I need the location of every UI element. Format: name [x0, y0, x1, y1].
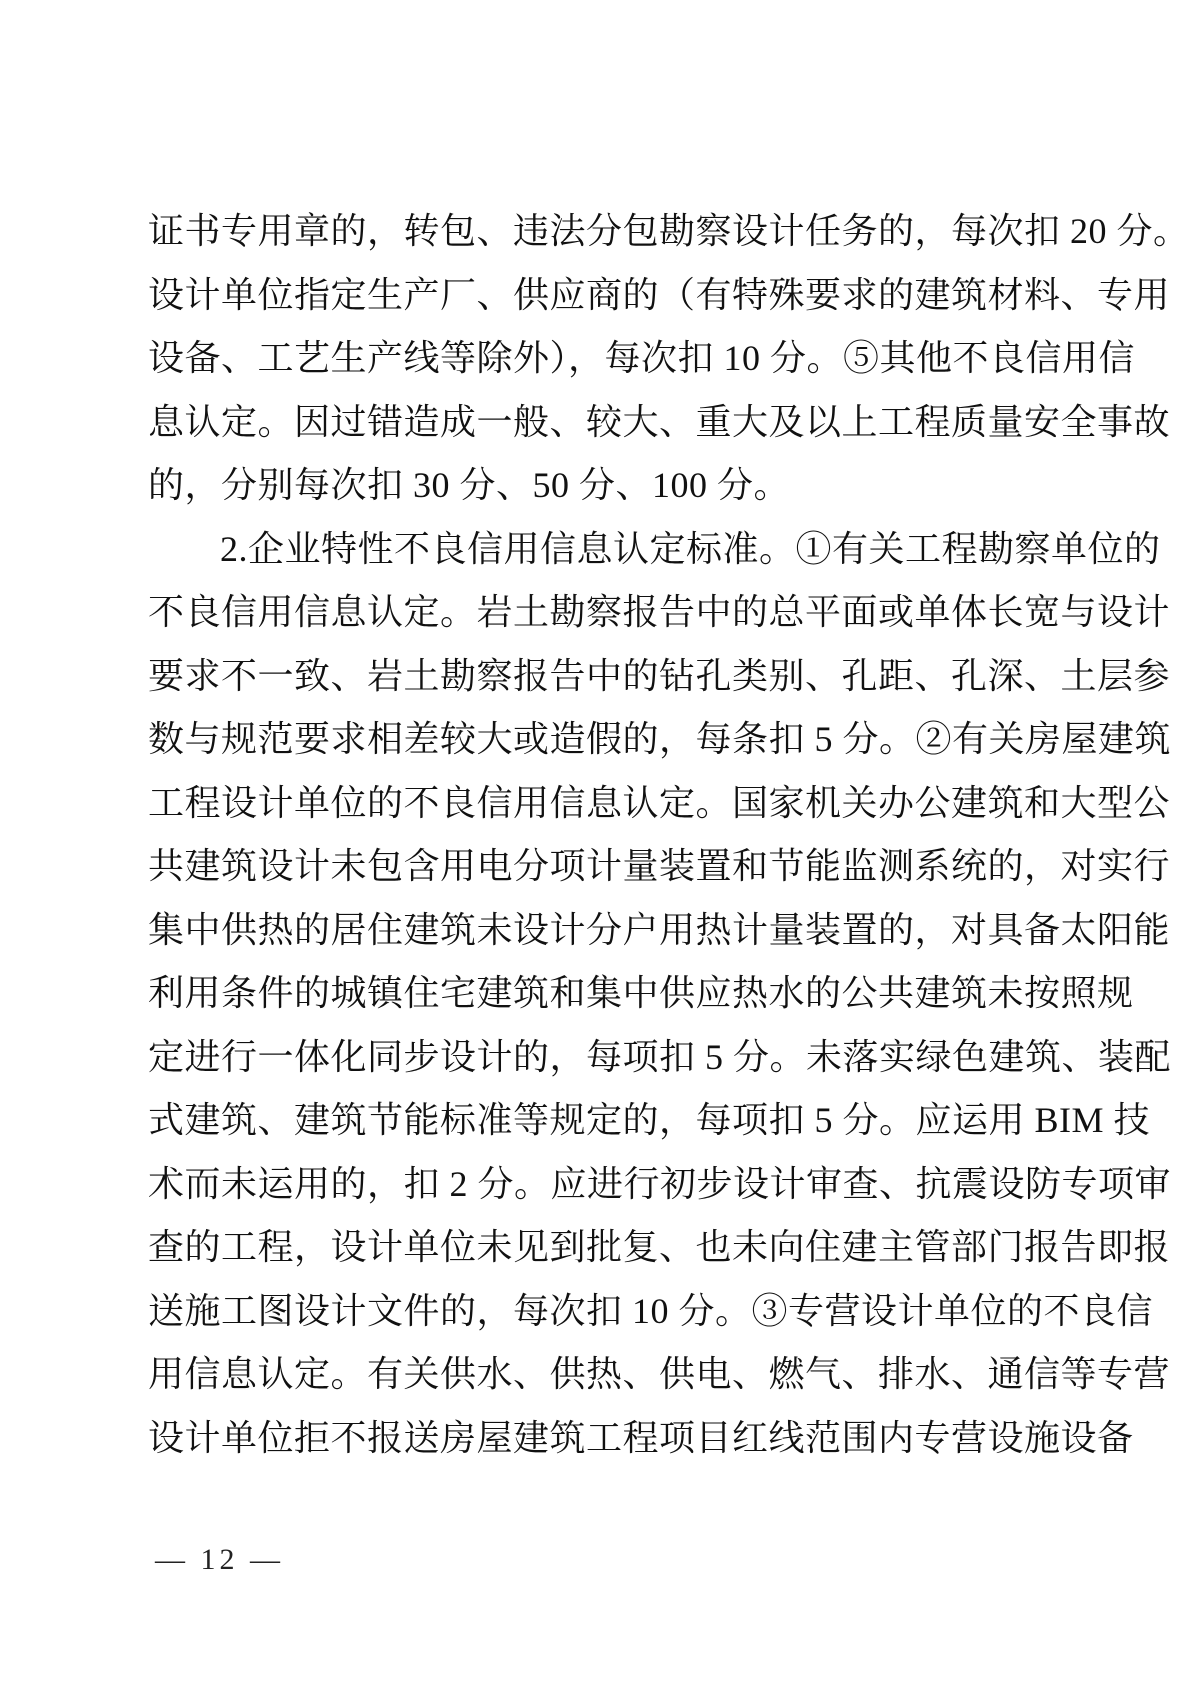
text-line: 共建筑设计未包含用电分项计量装置和节能监测系统的，对实行: [148, 835, 1052, 899]
text-line: 送施工图设计文件的，每次扣 10 分。③专营设计单位的不良信: [148, 1280, 1052, 1344]
text-line: 术而未运用的，扣 2 分。应进行初步设计审查、抗震设防专项审: [148, 1153, 1052, 1217]
text-line: 设备、工艺生产线等除外），每次扣 10 分。⑤其他不良信用信: [148, 327, 1052, 391]
text-line: 证书专用章的，转包、违法分包勘察设计任务的，每次扣 20 分。: [148, 200, 1052, 264]
document-body: 证书专用章的，转包、违法分包勘察设计任务的，每次扣 20 分。 设计单位指定生产…: [148, 200, 1052, 1470]
text-line: 要求不一致、岩土勘察报告中的钻孔类别、孔距、孔深、土层参: [148, 645, 1052, 709]
text-line: 息认定。因过错造成一般、较大、重大及以上工程质量安全事故: [148, 391, 1052, 455]
text-line: 利用条件的城镇住宅建筑和集中供应热水的公共建筑未按照规: [148, 962, 1052, 1026]
text-line: 设计单位指定生产厂、供应商的（有特殊要求的建筑材料、专用: [148, 264, 1052, 328]
text-line-paragraph-start: 2.企业特性不良信用信息认定标准。①有关工程勘察单位的: [148, 518, 1052, 582]
text-line: 用信息认定。有关供水、供热、供电、燃气、排水、通信等专营: [148, 1343, 1052, 1407]
text-line: 的，分别每次扣 30 分、50 分、100 分。: [148, 454, 1052, 518]
text-line: 数与规范要求相差较大或造假的，每条扣 5 分。②有关房屋建筑: [148, 708, 1052, 772]
text-line: 设计单位拒不报送房屋建筑工程项目红线范围内专营设施设备: [148, 1407, 1052, 1471]
text-line: 工程设计单位的不良信用信息认定。国家机关办公建筑和大型公: [148, 772, 1052, 836]
text-line: 式建筑、建筑节能标准等规定的，每项扣 5 分。应运用 BIM 技: [148, 1089, 1052, 1153]
page-number: — 12 —: [155, 1543, 284, 1577]
text-line: 不良信用信息认定。岩土勘察报告中的总平面或单体长宽与设计: [148, 581, 1052, 645]
text-line: 查的工程，设计单位未见到批复、也未向住建主管部门报告即报: [148, 1216, 1052, 1280]
text-line: 定进行一体化同步设计的，每项扣 5 分。未落实绿色建筑、装配: [148, 1026, 1052, 1090]
text-line: 集中供热的居住建筑未设计分户用热计量装置的，对具备太阳能: [148, 899, 1052, 963]
